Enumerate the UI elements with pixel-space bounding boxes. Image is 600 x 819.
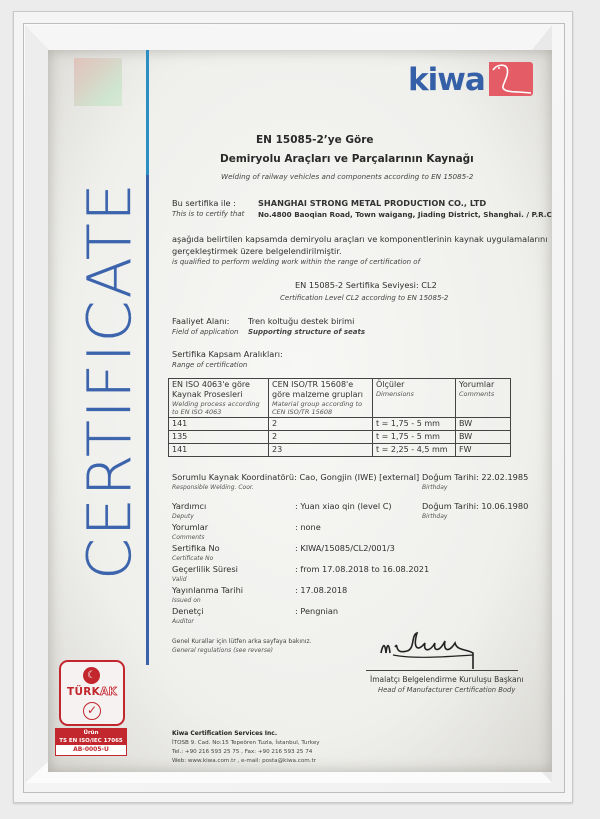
coordinator-birthdate: Doğum Tarihi: 22.02.1985 <box>422 472 528 482</box>
certno-label-en: Certificate No <box>172 555 213 562</box>
regulations-note: Genel Kurallar için lütfen arka sayfaya … <box>172 638 312 645</box>
signature-image <box>373 625 493 670</box>
application-value-en: Supporting structure of seats <box>248 328 365 336</box>
valid-value: : from 17.08.2018 to 16.08.2021 <box>295 564 429 574</box>
range-table: EN ISO 4063'e göreKaynak Prosesleri Weld… <box>168 378 511 457</box>
title-line-1: EN 15085-2’ye Göre <box>256 134 374 146</box>
accreditation-type: Ürün <box>56 729 126 737</box>
signer-title-en: Head of Manufacturer Certification Body <box>378 686 515 694</box>
coordinator-label-en: Responsible Welding. Coor. <box>172 484 254 491</box>
range-label-en: Range of certification <box>172 361 247 369</box>
application-value: Tren koltuğu destek birimi <box>248 316 354 326</box>
deputy-label: Yardımcı <box>172 501 206 511</box>
company-address: No.4800 Baoqian Road, Town waigang, Jiad… <box>258 210 552 219</box>
accreditation-standard: TS EN ISO/IEC 17065 <box>56 737 126 745</box>
column-header: Yorumlar Comments <box>456 379 511 418</box>
coordinator-line: Sorumlu Kaynak Koordinatörü: Cao, Gongji… <box>172 472 419 482</box>
issued-value: : 17.08.2018 <box>295 585 347 595</box>
column-header: EN ISO 4063'e göreKaynak Prosesleri Weld… <box>169 379 269 418</box>
valid-label: Geçerlilik Süresi <box>172 564 238 574</box>
comments-label-en: Comments <box>172 534 205 541</box>
org-web: Web: www.kiwa.com.tr , e-mail: posta@kiw… <box>172 758 316 764</box>
signature-line <box>366 670 518 671</box>
turkak-accreditation-logo: ☾ TÜRKAK ✓ <box>59 660 125 726</box>
title-line-2: Demiryolu Araçları ve Parçalarının Kayna… <box>220 153 474 165</box>
certify-label-en: This is to certify that <box>172 210 244 218</box>
issued-label-en: Issued on <box>172 597 201 604</box>
accreditation-code: AB-0005-U <box>56 745 126 755</box>
signer-title: İmalatçı Belgelendirme Kuruluşu Başkanı <box>370 675 523 684</box>
deputy-label-en: Deputy <box>172 513 194 520</box>
deputy-birth-label-en: Birthday <box>422 513 447 520</box>
deputy-value: : Yuan xiao qin (level C) <box>295 501 392 511</box>
level-en: Certification Level CL2 according to EN … <box>280 294 448 302</box>
regulations-note-en: General regulations (see reverse) <box>172 647 273 654</box>
coordinator-birth-label-en: Birthday <box>422 484 447 491</box>
certify-label: Bu sertifika ile : <box>172 198 236 208</box>
table-header-row: EN ISO 4063'e göreKaynak Prosesleri Weld… <box>169 379 511 418</box>
column-header: Ölçüler Dimensions <box>373 379 456 418</box>
certno-label: Sertifika No <box>172 543 220 553</box>
certificate-document: CERTIFICATE kiwa EN 15085-2’ye Göre Demi… <box>48 50 552 772</box>
title-english: Welding of railway vehicles and componen… <box>221 172 473 181</box>
level-tr: EN 15085-2 Sertifika Seviyesi: CL2 <box>295 280 437 290</box>
auditor-label-en: Auditor <box>172 618 194 625</box>
statement-en: is qualified to perform welding work wit… <box>172 258 420 266</box>
accreditation-band: Ürün TS EN ISO/IEC 17065 AB-0005-U <box>55 728 127 756</box>
org-phone: Tel.: +90 216 593 25 75 , Fax: +90 216 5… <box>172 749 312 755</box>
certno-value: : KIWA/15085/CL2/001/3 <box>295 543 395 553</box>
issued-label: Yayınlanma Tarihi <box>172 585 243 595</box>
range-label: Sertifika Kapsam Aralıkları: <box>172 349 283 359</box>
valid-label-en: Valid <box>172 576 187 583</box>
application-label-en: Field of application <box>172 328 238 336</box>
table-row: 1412t = 1,75 - 5 mmBW <box>169 418 511 431</box>
auditor-label: Denetçi <box>172 606 204 616</box>
comments-label: Yorumlar <box>172 522 208 532</box>
comments-value: : none <box>295 522 321 532</box>
table-row: 1352t = 1,75 - 5 mmBW <box>169 431 511 444</box>
auditor-value: : Pengnian <box>295 606 338 616</box>
crescent-star-icon: ☾ <box>83 667 100 684</box>
turkak-wordmark: TÜRKAK <box>61 686 123 698</box>
statement-tr-2: gerçekleştirmek üzere belgelendirilmişti… <box>172 246 342 256</box>
org-address: İTOSB 9. Cad. No:15 Tepeören Tuzla, İsta… <box>172 740 320 746</box>
table-row: 14123t = 2,25 - 4,5 mmFW <box>169 444 511 457</box>
org-name: Kiwa Certification Services Inc. <box>172 730 277 737</box>
company-name: SHANGHAI STRONG METAL PRODUCTION CO., LT… <box>258 198 486 208</box>
deputy-birthdate: Doğum Tarihi: 10.06.1980 <box>422 501 528 511</box>
column-header: CEN ISO/TR 15608'egöre malzeme grupları … <box>269 379 373 418</box>
checkmark-icon: ✓ <box>83 702 101 720</box>
statement-tr-1: aşağıda belirtilen kapsamda demiryolu ar… <box>172 234 548 244</box>
application-label: Faaliyet Alanı: <box>172 316 229 326</box>
